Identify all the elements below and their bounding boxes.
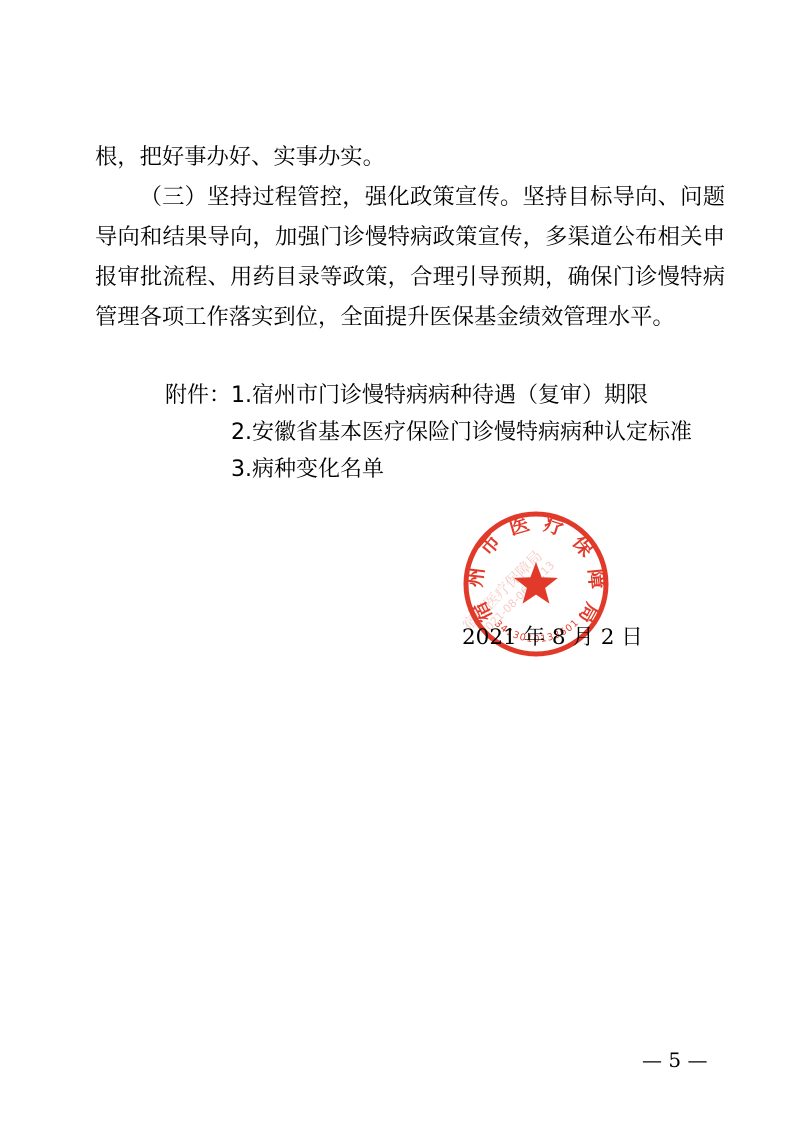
page-number: — 5 — <box>642 1048 706 1072</box>
attachment-item: 3.病种变化名单 <box>231 451 692 488</box>
body-text-line: 导向和结果导向，加强门诊慢特病政策宣传，多渠道公布相关申 <box>95 217 725 257</box>
attachments-block: 附件：1.宿州市门诊慢特病病种待遇（复审）期限 2.安徽省基本医疗保险门诊慢特病… <box>165 377 692 488</box>
body-text: 根，把好事办好、实事办实。 （三）坚持过程管控，强化政策宣传。坚持目标导向、问题… <box>95 137 725 337</box>
seal-code: 3413010133601 <box>492 618 581 645</box>
body-text-line: 根，把好事办好、实事办实。 <box>95 137 725 177</box>
body-text-line: 管理各项工作落实到位，全面提升医保基金绩效管理水平。 <box>95 297 725 337</box>
document-page: 根，把好事办好、实事办实。 （三）坚持过程管控，强化政策宣传。坚持目标导向、问题… <box>0 0 800 1132</box>
attachments-label: 附件： <box>165 383 231 408</box>
body-text-line: 报审批流程、用药目录等政策，合理引导预期，确保门诊慢特病 <box>95 257 725 297</box>
attachment-item: 2.安徽省基本医疗保险门诊慢特病病种认定标准 <box>231 414 692 451</box>
official-seal: 宿州医疗保障局 2021-08-06 15:13 宿州市医疗保障局 341301… <box>454 504 624 674</box>
body-text-line: （三）坚持过程管控，强化政策宣传。坚持目标导向、问题 <box>95 177 725 217</box>
attachment-item: 附件：1.宿州市门诊慢特病病种待遇（复审）期限 <box>165 377 692 414</box>
attachment-item-text: 1.宿州市门诊慢特病病种待遇（复审）期限 <box>231 383 648 408</box>
